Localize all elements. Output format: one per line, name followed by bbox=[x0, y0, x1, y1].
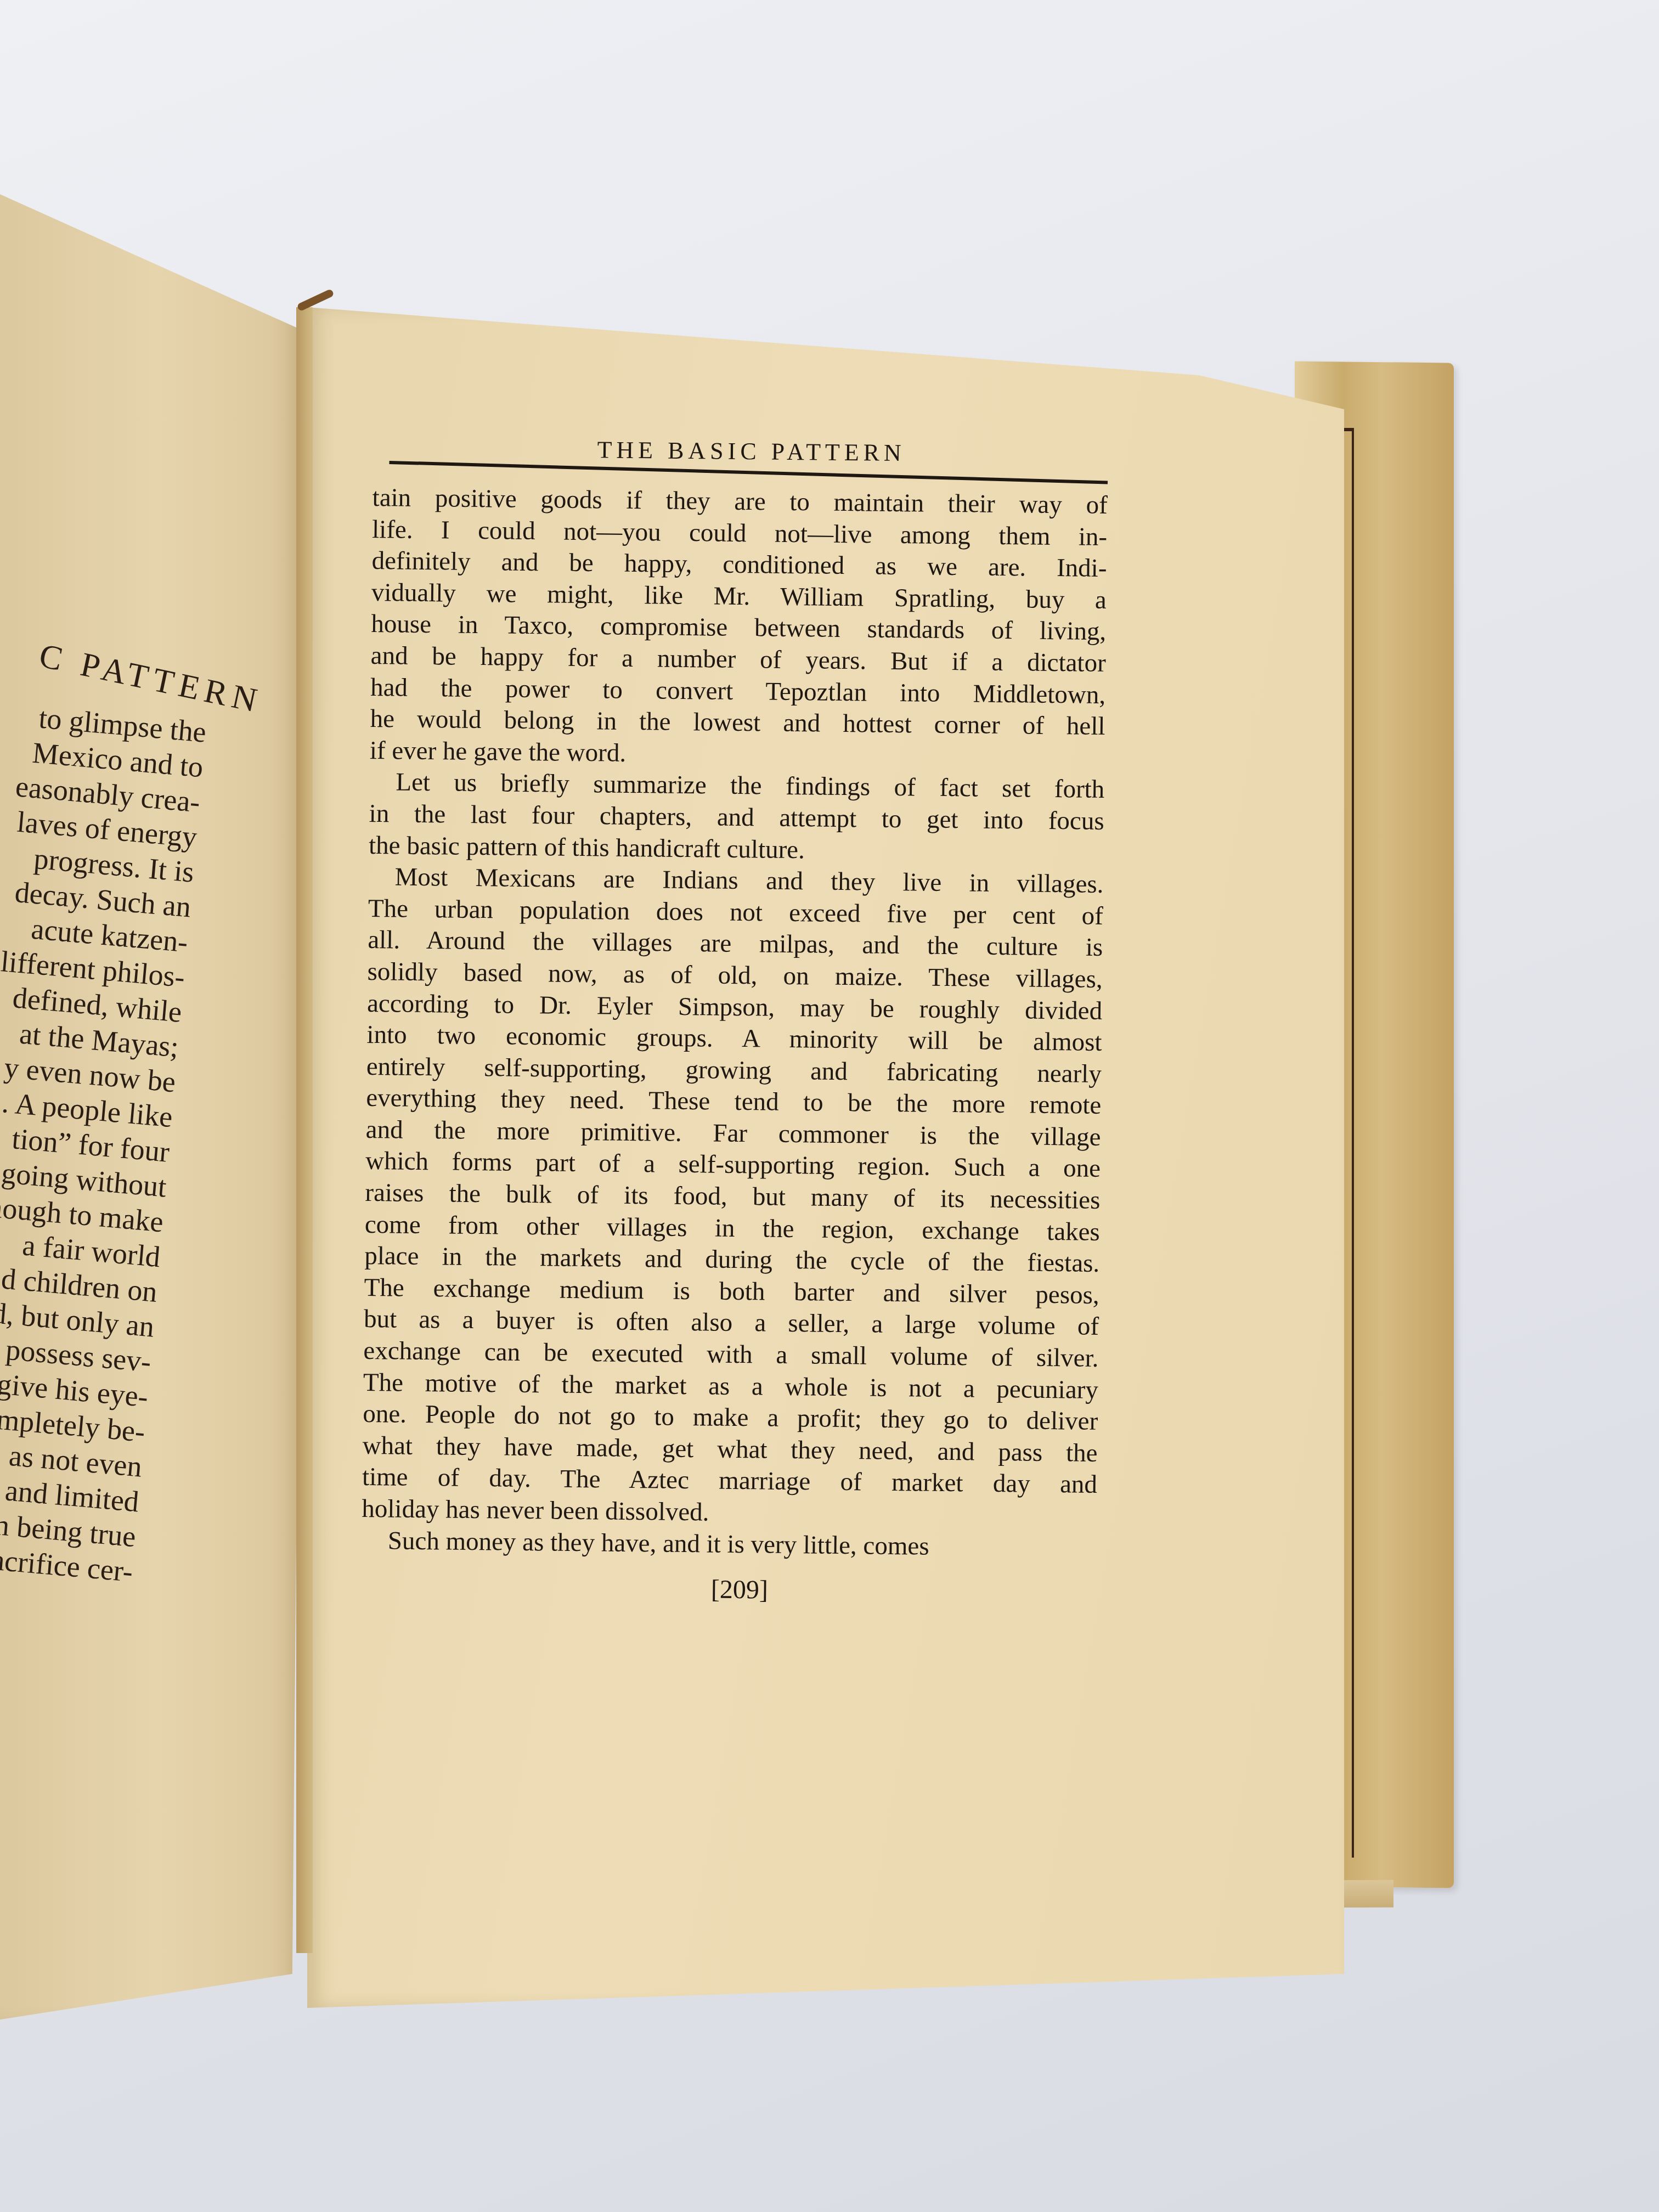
book-gutter bbox=[296, 307, 313, 1953]
right-page-text-block: THE BASIC PATTERN tain positive goods if… bbox=[361, 433, 1108, 1609]
body-text: tain positive goods if they are to maint… bbox=[362, 482, 1108, 1564]
photo-scene: C PATTERN to glimpse theMexico and toeas… bbox=[0, 0, 1659, 2212]
